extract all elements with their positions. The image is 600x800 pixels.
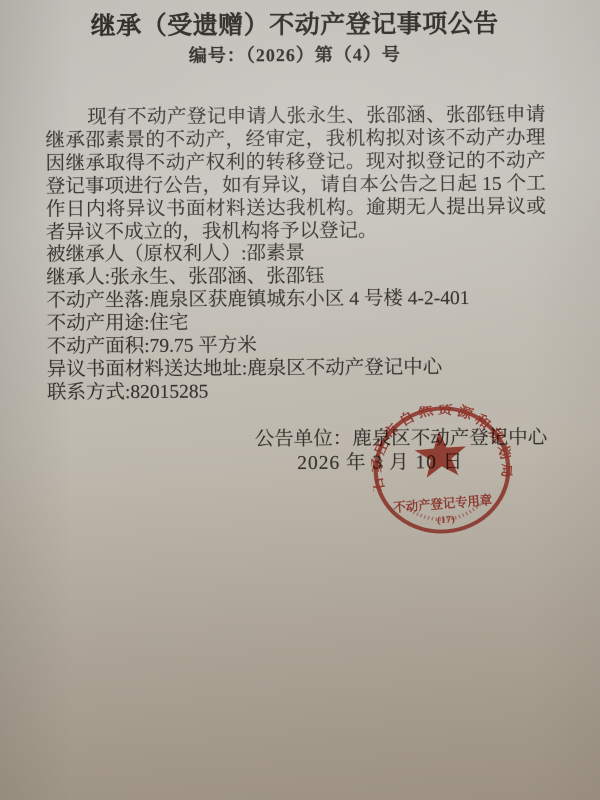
official-seal: 石家庄市自然资源和规划局 不动产登记专用章 (17) (367, 400, 517, 541)
field-heirs: 继承人:张永生、张邵涵、张邵钰 (46, 265, 546, 291)
field-property-location: 不动产坐落:鹿泉区获鹿镇城东小区 4 号楼 4-2-401 (46, 288, 546, 314)
field-property-area: 不动产面积:79.75 平方米 (47, 334, 547, 360)
seal-center-text: 不动产登记专用章 (393, 492, 493, 515)
field-property-use: 不动产用途:住宅 (46, 311, 546, 337)
field-decedent: 被继承人（原权利人）:邵素景 (46, 242, 546, 268)
doc-number: 编号：（2026）第（4）号 (45, 42, 545, 68)
field-objection-address: 异议书面材料送达地址:鹿泉区不动产登记中心 (47, 356, 547, 382)
seal-star-icon (413, 429, 468, 478)
photographed-document: 继承（受遗赠）不动产登记事项公告 编号：（2026）第（4）号 现有不动产登记申… (0, 0, 600, 800)
body-paragraph: 现有不动产登记申请人张永生、张邵涵、张邵钰申请继承邵素景的不动产，经审定，我机构… (45, 104, 546, 244)
page-title: 继承（受遗赠）不动产登记事项公告 (45, 8, 545, 42)
document-page: 继承（受遗赠）不动产登记事项公告 编号：（2026）第（4）号 现有不动产登记申… (0, 0, 600, 800)
